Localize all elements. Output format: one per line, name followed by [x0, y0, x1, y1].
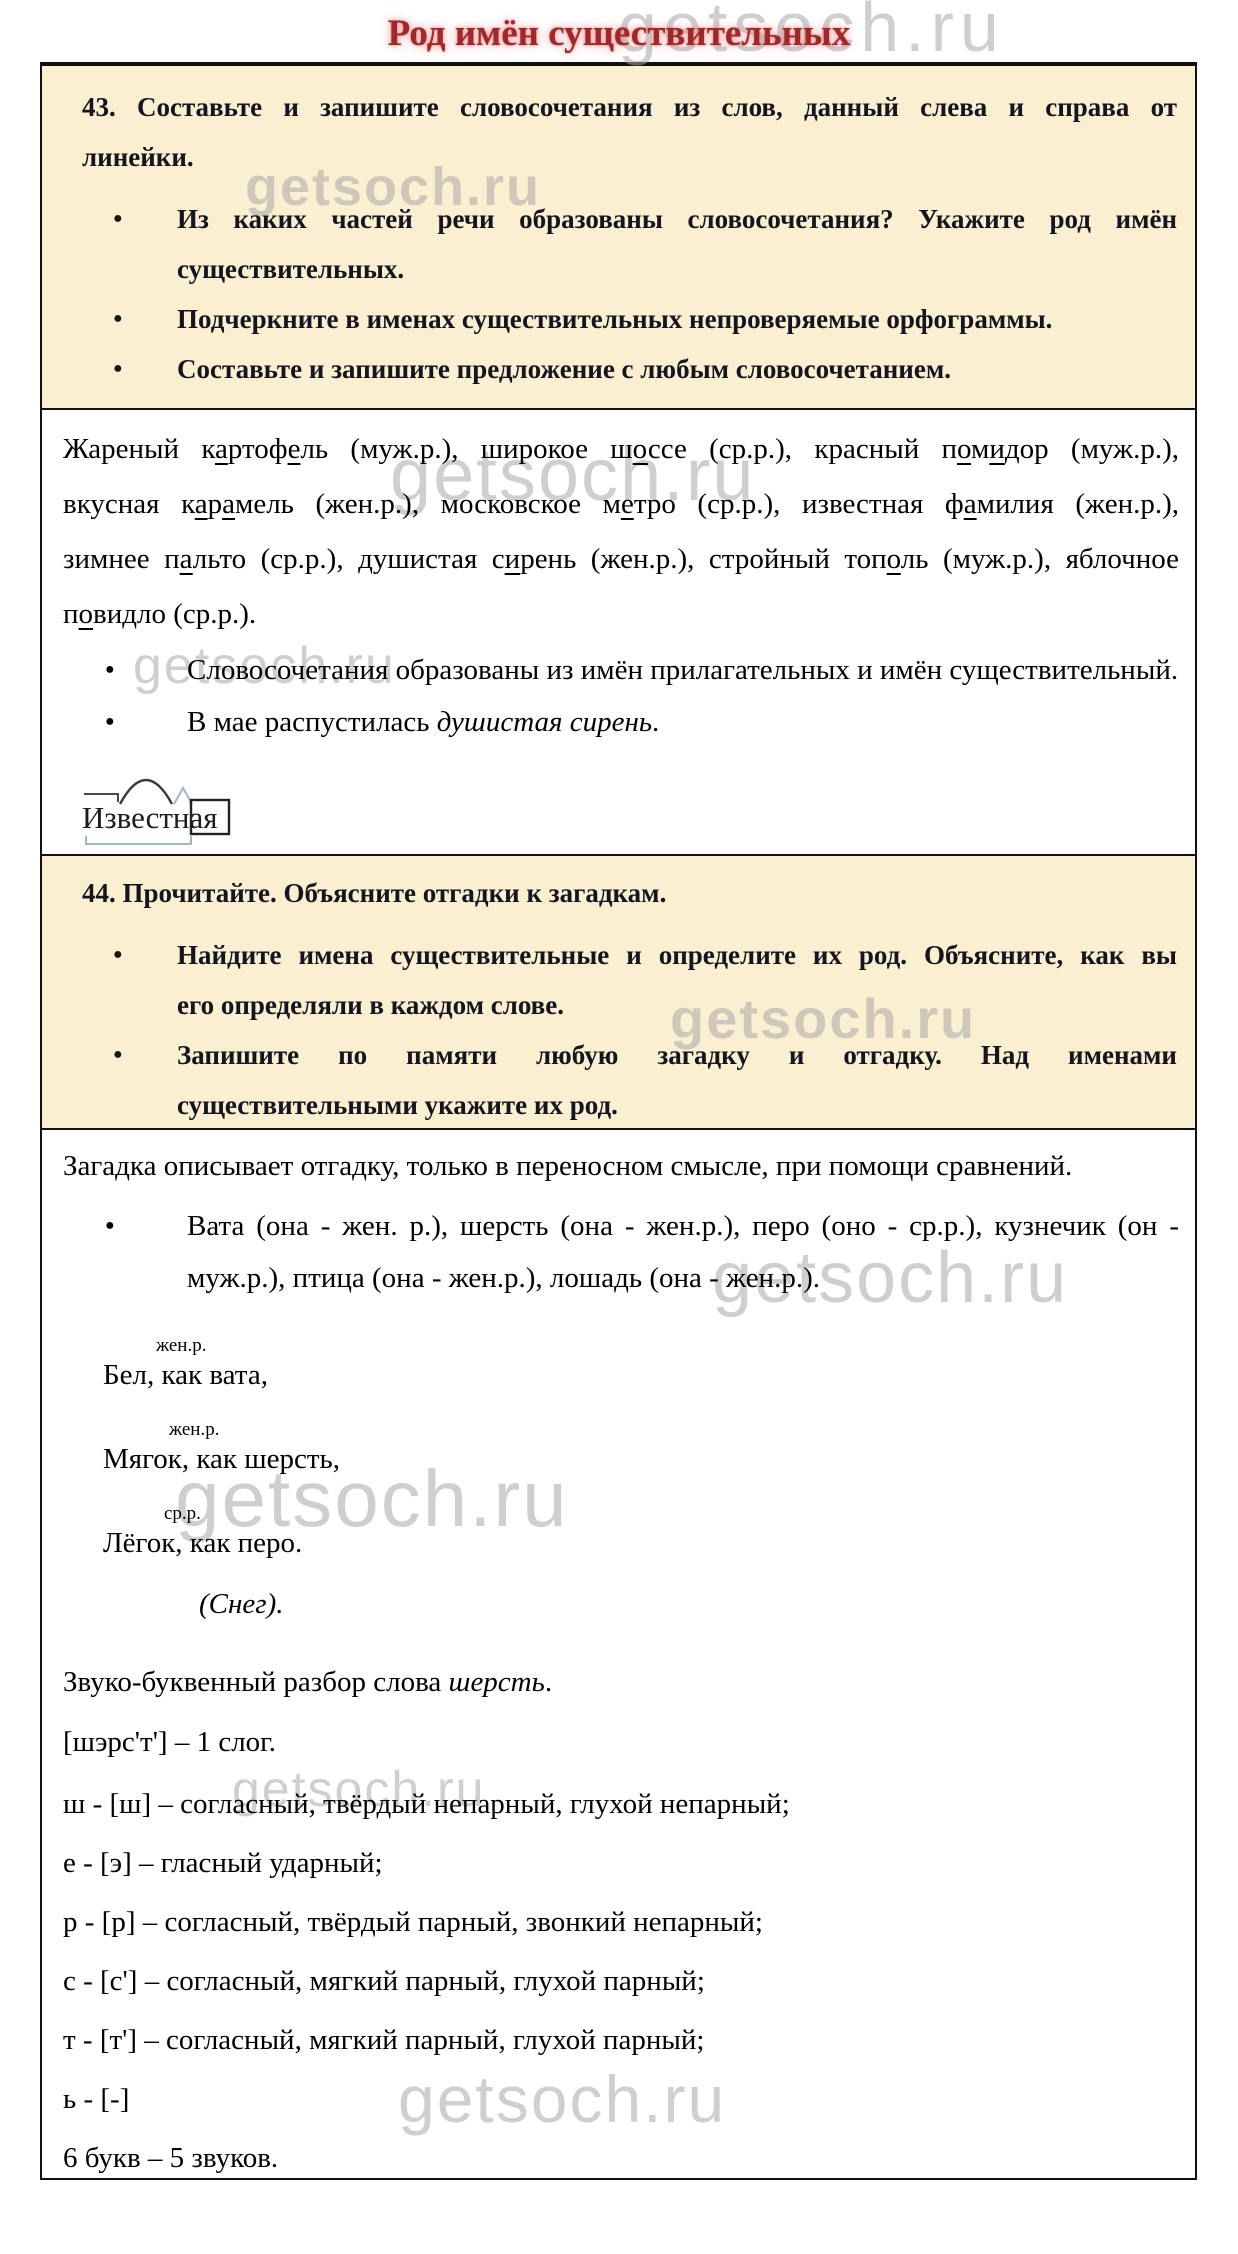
answer-text-line: В мае распустилась душистая сирень.: [187, 696, 1179, 748]
gender-label: жен.р.: [169, 1418, 1179, 1442]
answer-text-line: муж.р.), птица (она - жен.р.), лошадь (о…: [187, 1252, 1179, 1304]
answer-text-line: Словосочетания образованы из имён прилаг…: [187, 644, 1179, 696]
content-box: getsoch.ru 43. Составьте и запишите слов…: [40, 62, 1197, 2180]
task-bullet-item: ● Найдите имена существительные и опреде…: [82, 930, 1177, 1030]
phonetic-analysis-list: ш - [ш] – согласный, твёрдый непарный, г…: [63, 1786, 1179, 2117]
phonetic-line: т - [т'] – согласный, мягкий парный, глу…: [63, 2022, 1179, 2058]
analysis-heading: Звуко-буквенный разбор слова шерсть.: [63, 1664, 1179, 1700]
bullet-icon: ●: [82, 194, 177, 294]
answer-bullet-item: ● В мае распустилась душистая сирень.: [63, 696, 1179, 748]
phonetic-line: с - [с'] – согласный, мягкий парный, глу…: [63, 1963, 1179, 1999]
task-text-line: Из каких частей речи образованы словосоч…: [177, 194, 1177, 244]
phonetic-line: ш - [ш] – согласный, твёрдый непарный, г…: [63, 1786, 1179, 1822]
task-text-line: Подчеркните в именах существительных неп…: [177, 294, 1177, 344]
bullet-icon: ●: [82, 1030, 177, 1128]
stem-bracket-mark: [86, 836, 191, 844]
task-bullet-item: ● Составьте и запишите предложение с люб…: [82, 344, 1177, 394]
morpheme-analysis-diagram: Известная: [78, 754, 1179, 854]
riddle-line: жен.р. Бел, как вата,: [103, 1334, 1179, 1392]
morpheme-word: Известная: [82, 800, 218, 835]
answer-text-line: повидло (ср.р.).: [63, 587, 1179, 642]
exercise-43-task-box: getsoch.ru 43. Составьте и запишите слов…: [42, 66, 1195, 408]
riddle-block: жен.р. Бел, как вата, жен.р. Мягок, как …: [103, 1334, 1179, 1622]
syllable-line: [шэрс'т'] – 1 слог.: [63, 1724, 1179, 1760]
phonetic-line: е - [э] – гласный ударный;: [63, 1845, 1179, 1881]
task-bullet-item: ● Из каких частей речи образованы словос…: [82, 194, 1177, 294]
page-header: getsoch.ru Род имён существительных: [0, 0, 1238, 62]
riddle-text: Мягок, как шерсть,: [103, 1442, 1179, 1476]
task-text-line: Найдите имена существительные и определи…: [177, 930, 1177, 980]
riddle-text: Лёгок, как перо.: [103, 1526, 1179, 1560]
task-bullet-item: ● Подчеркните в именах существительных н…: [82, 294, 1177, 344]
bullet-icon: ●: [82, 294, 177, 344]
answer-text-line: зимнее пальто (ср.р.), душистая сирень (…: [63, 532, 1179, 587]
exercise-44-task-box: getsoch.ru 44. Прочитайте. Объясните отг…: [42, 854, 1195, 1128]
bullet-icon: ●: [82, 930, 177, 1030]
answer-text-line: Жареный картофель (муж.р.), широкое шосс…: [63, 422, 1179, 477]
task-text-line: его определяли в каждом слове.: [177, 980, 1177, 1030]
riddle-answer: (Снег).: [199, 1586, 1179, 1622]
answer-intro-line: Загадка описывает отгадку, только в пере…: [63, 1146, 1179, 1186]
task-text-line: 44. Прочитайте. Объясните отгадки к зага…: [82, 868, 1177, 918]
phonetic-line: ь - [-]: [63, 2081, 1179, 2117]
phonetic-line: р - [р] – согласный, твёрдый парный, зво…: [63, 1904, 1179, 1940]
riddle-line: жен.р. Мягок, как шерсть,: [103, 1418, 1179, 1476]
task-text-line: 43. Составьте и запишите словосочетания …: [82, 82, 1177, 132]
task-text-line: Запишите по памяти любую загадку и отгад…: [177, 1030, 1177, 1080]
answer-paragraph: Жареный картофель (муж.р.), широкое шосс…: [63, 422, 1179, 642]
riddle-line: ср.р. Лёгок, как перо.: [103, 1502, 1179, 1560]
bullet-icon: ●: [63, 1200, 187, 1304]
page-title: Род имён существительных: [0, 0, 1238, 55]
task-text-line: существительными укажите их род.: [177, 1080, 1177, 1128]
letters-sounds-total: 6 букв – 5 звуков.: [63, 2140, 1179, 2176]
gender-label: жен.р.: [156, 1334, 1179, 1358]
answer-bullet-item: ● Вата (она - жен. р.), шерсть (она - же…: [63, 1200, 1179, 1304]
riddle-text: Бел, как вата,: [103, 1358, 1179, 1392]
task-text-line: линейки.: [82, 132, 1177, 182]
task-text-line: существительных.: [177, 244, 1177, 294]
bullet-icon: ●: [63, 696, 187, 748]
task-text-line: Составьте и запишите предложение с любым…: [177, 344, 1177, 394]
exercise-44-answer: getsoch.ru getsoch.ru getsoch.ru getsoch…: [42, 1128, 1195, 2178]
gender-label: ср.р.: [164, 1502, 1179, 1526]
bullet-icon: ●: [63, 644, 187, 696]
answer-text-line: вкусная карамель (жен.р.), московское ме…: [63, 477, 1179, 532]
bullet-icon: ●: [82, 344, 177, 394]
task-bullet-item: ● Запишите по памяти любую загадку и отг…: [82, 1030, 1177, 1128]
answer-bullet-item: ● Словосочетания образованы из имён прил…: [63, 644, 1179, 696]
exercise-44-heading: 44. Прочитайте. Объясните отгадки к зага…: [82, 868, 1177, 918]
exercise-43-answer: getsoch.ru getsoch.ru Жареный картофель …: [42, 408, 1195, 854]
answer-text-line: Вата (она - жен. р.), шерсть (она - жен.…: [187, 1200, 1179, 1252]
exercise-43-heading: 43. Составьте и запишите словосочетания …: [82, 82, 1177, 182]
